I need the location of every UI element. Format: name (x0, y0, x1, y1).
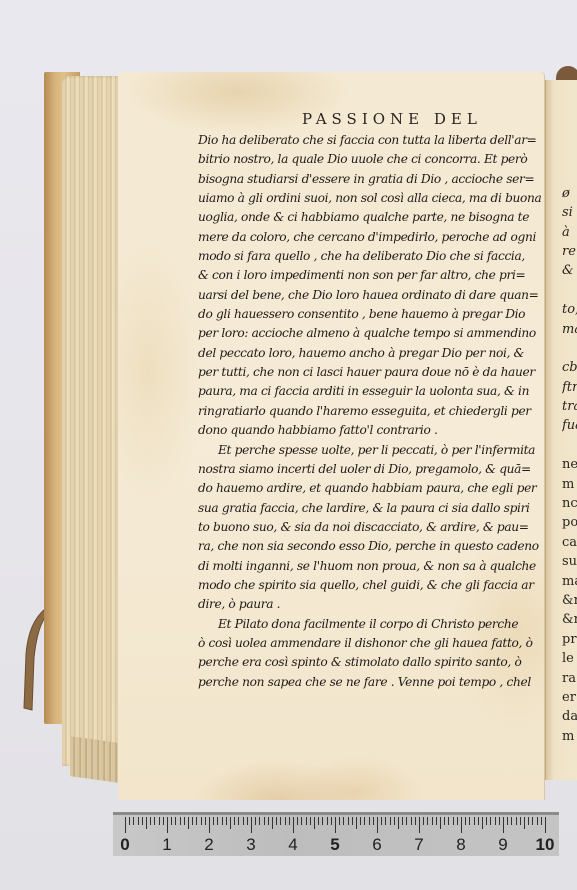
ruler-label: 2 (204, 835, 213, 855)
text-line: per tutti, che non ci lasci hauer paura … (198, 363, 548, 382)
text-line: ra, che non sia secondo esso Dio, perche… (198, 537, 548, 556)
text-line: dono quando habbiamo fatto'l contrario . (198, 421, 548, 440)
text-line: bisogna studiarsi d'essere in gratia di … (198, 170, 548, 189)
ruler-tick (196, 817, 197, 825)
recto-text-line: ca (562, 533, 577, 552)
ruler-tick (285, 817, 286, 825)
ruler-tick (356, 817, 357, 829)
text-line: di molti inganni, se l'huom non proua, &… (198, 557, 548, 576)
ruler-tick (339, 817, 340, 825)
ruler-tick (520, 817, 521, 825)
ruler-tick (385, 817, 386, 825)
recto-text-line: &r (562, 591, 577, 610)
recto-text-line: su, (562, 552, 577, 571)
ruler-tick (532, 817, 533, 825)
text-line: nostra siamo incerti del uoler di Dio, p… (198, 460, 548, 479)
ruler-label: 4 (288, 835, 297, 855)
recto-text-line: ma (562, 320, 577, 339)
ruler-tick (142, 817, 143, 825)
ruler-tick (276, 817, 277, 825)
text-line: bitrio nostro, la quale Dio uuole che ci… (198, 150, 548, 169)
text-line: & con i loro impedimenti non son per far… (198, 266, 548, 285)
ruler-tick (159, 817, 160, 825)
ruler-tick (167, 817, 168, 833)
recto-text-line: da (562, 707, 577, 726)
ruler-tick (440, 817, 441, 829)
text-line: modo si fara quello , che ha deliberato … (198, 247, 548, 266)
text-line: sua gratia faccia, che lardire, & la pau… (198, 499, 548, 518)
ruler-tick (381, 817, 382, 825)
page-body-text: Dio ha deliberato che si faccia con tutt… (198, 131, 548, 692)
ruler-tick (293, 817, 294, 833)
ruler-tick (461, 817, 462, 833)
recto-text-line: er (562, 688, 577, 707)
ruler-tick (230, 817, 231, 829)
ruler-tick (150, 817, 151, 825)
recto-text-line: &r (562, 610, 577, 629)
ruler-tick (457, 817, 458, 825)
ruler-tick (234, 817, 235, 825)
ruler-tick (264, 817, 265, 825)
ruler-tick (486, 817, 487, 825)
ruler-tick (419, 817, 420, 833)
measurement-ruler: 012345678910 (113, 812, 559, 856)
ruler-tick (138, 817, 139, 825)
recto-text-line: ra (562, 669, 577, 688)
text-line: Dio ha deliberato che si faccia con tutt… (198, 131, 548, 150)
ruler-tick (490, 817, 491, 825)
recto-text-line (562, 339, 577, 358)
ruler-tick (289, 817, 290, 825)
ruler-tick (180, 817, 181, 825)
recto-text-line: cb (562, 358, 577, 377)
text-line: Et perche spesse uolte, per li peccati, … (198, 441, 548, 460)
running-head: PASSIONE DEL (302, 110, 482, 128)
ruler-tick (511, 817, 512, 825)
ruler-label: 7 (414, 835, 423, 855)
recto-text-line: nc (562, 494, 577, 513)
text-line: perche era così spinto & stimolato dallo… (198, 653, 548, 672)
ruler-tick (259, 817, 260, 825)
ruler-tick (192, 817, 193, 825)
ruler-tick (377, 817, 378, 833)
ruler-tick (184, 817, 185, 825)
recto-text-line: m (562, 727, 577, 746)
recto-text-line: fua (562, 416, 577, 435)
text-line: do gli hauessero consentito , bene hauem… (198, 305, 548, 324)
text-line: del peccato loro, hauemo ancho à pregar … (198, 344, 548, 363)
ruler-tick (432, 817, 433, 825)
text-line: modo che spirito sia quello, chel guidi,… (198, 576, 548, 595)
recto-text-line: re (562, 242, 577, 261)
text-line: per loro: accioche almeno à qualche temp… (198, 324, 548, 343)
ruler-tick (537, 817, 538, 825)
ruler-tick (348, 817, 349, 825)
ruler-tick (306, 817, 307, 825)
text-line: perche non sapea che se ne fare . Venne … (198, 673, 548, 692)
ruler-tick (251, 817, 252, 833)
recto-text-line: si (562, 203, 577, 222)
ruler-tick (415, 817, 416, 825)
ruler-tick (364, 817, 365, 825)
ruler-tick (402, 817, 403, 825)
text-line: mere da coloro, che cercano d'impedirlo,… (198, 228, 548, 247)
ruler-tick (390, 817, 391, 825)
ruler-tick (352, 817, 353, 825)
ruler-tick (373, 817, 374, 825)
ruler-tick (146, 817, 147, 829)
ruler-tick (129, 817, 130, 825)
ruler-tick (222, 817, 223, 825)
text-line: paura, ma ci faccia arditi in esseguir l… (198, 382, 548, 401)
ruler-tick (226, 817, 227, 825)
ruler-tick (301, 817, 302, 825)
ruler-tick (469, 817, 470, 825)
recto-text-line: ma (562, 572, 577, 591)
ruler-tick (280, 817, 281, 825)
ruler-tick (499, 817, 500, 825)
text-line: uiamo à gli ordini suoi, non sol così al… (198, 189, 548, 208)
ruler-tick (255, 817, 256, 825)
recto-text-line: tra (562, 397, 577, 416)
ruler-tick (310, 817, 311, 825)
recto-text-line: ø (562, 184, 577, 203)
text-line: Et Pilato dona facilmente il corpo di Ch… (198, 615, 548, 634)
ruler-tick (360, 817, 361, 825)
recto-text-fragment: øsiàre&to,macbftrtrafuanemncpocasu,ma&r&… (562, 145, 577, 746)
ruler-tick (448, 817, 449, 825)
recto-text-line: & (562, 261, 577, 280)
ruler-tick (503, 817, 504, 833)
recto-text-line: à (562, 223, 577, 242)
text-line: uoglia, onde & ci habbiamo qualche parte… (198, 208, 548, 227)
ruler-label: 8 (456, 835, 465, 855)
recto-text-line: pr (562, 630, 577, 649)
ruler-tick (213, 817, 214, 825)
recto-text-line: ne (562, 455, 577, 474)
ruler-tick (394, 817, 395, 825)
ruler-tick (541, 817, 542, 825)
ruler-tick (427, 817, 428, 825)
page-block-edge (62, 76, 122, 766)
ruler-tick (209, 817, 210, 833)
ruler-tick (528, 817, 529, 825)
ruler-tick (478, 817, 479, 825)
ruler-tick (474, 817, 475, 825)
ruler-tick (482, 817, 483, 829)
ruler-tick (125, 817, 126, 833)
ruler-tick (175, 817, 176, 825)
ruler-tick (272, 817, 273, 829)
ruler-tick (444, 817, 445, 825)
book-photo: øsiàre&to,macbftrtrafuanemncpocasu,ma&r&… (0, 0, 577, 890)
ruler-tick (411, 817, 412, 825)
ruler-tick (343, 817, 344, 825)
ruler-tick (335, 817, 336, 833)
recto-text-line: ftr (562, 378, 577, 397)
ruler-tick (545, 817, 546, 833)
recto-text-line: m (562, 475, 577, 494)
ruler-label: 5 (330, 835, 339, 855)
ruler-label: 3 (246, 835, 255, 855)
ruler-tick (406, 817, 407, 825)
ruler-tick (524, 817, 525, 829)
ruler-tick (322, 817, 323, 825)
ruler-tick (453, 817, 454, 825)
text-line: dire, ò paura . (198, 595, 548, 614)
text-line: do hauemo ardire, et quando habbiam paur… (198, 479, 548, 498)
text-line: uarsi del bene, che Dio loro hauea ordin… (198, 286, 548, 305)
ruler-tick (318, 817, 319, 825)
ruler-tick (205, 817, 206, 825)
ruler-label: 0 (120, 835, 129, 855)
ruler-tick (423, 817, 424, 825)
bookmark-ribbon-icon (12, 604, 46, 712)
ruler-tick (188, 817, 189, 829)
ruler-tick (247, 817, 248, 825)
ruler-tick (495, 817, 496, 825)
ruler-tick (327, 817, 328, 825)
ruler-tick (201, 817, 202, 825)
ruler-tick (297, 817, 298, 825)
ruler-ticks (125, 817, 545, 835)
ruler-tick (238, 817, 239, 825)
text-line: ringratiarlo quando l'haremo esseguita, … (198, 402, 548, 421)
ruler-tick (217, 817, 218, 825)
recto-text-line (562, 436, 577, 455)
recto-text-line: po (562, 513, 577, 532)
text-line: ò così uolea ammendare il dishonor che g… (198, 634, 548, 653)
ruler-tick (465, 817, 466, 825)
recto-text-line (562, 281, 577, 300)
ruler-label: 6 (372, 835, 381, 855)
ruler-tick (163, 817, 164, 825)
recto-text-line: to, (562, 300, 577, 319)
recto-text-line (562, 145, 577, 164)
ruler-tick (369, 817, 370, 825)
ruler-tick (398, 817, 399, 829)
ruler-tick (507, 817, 508, 825)
ruler-label: 10 (536, 835, 555, 855)
ruler-tick (243, 817, 244, 825)
ruler-tick (331, 817, 332, 825)
ruler-tick (268, 817, 269, 825)
ruler-label: 1 (162, 835, 171, 855)
ruler-tick (133, 817, 134, 825)
ruler-tick (436, 817, 437, 825)
ruler-tick (516, 817, 517, 825)
ruler-tick (154, 817, 155, 825)
ruler-tick (171, 817, 172, 825)
ruler-tick (314, 817, 315, 829)
text-line: to buono suo, & sia da noi discacciato, … (198, 518, 548, 537)
ruler-label: 9 (498, 835, 507, 855)
recto-text-line (562, 164, 577, 183)
recto-text-line: le (562, 649, 577, 668)
